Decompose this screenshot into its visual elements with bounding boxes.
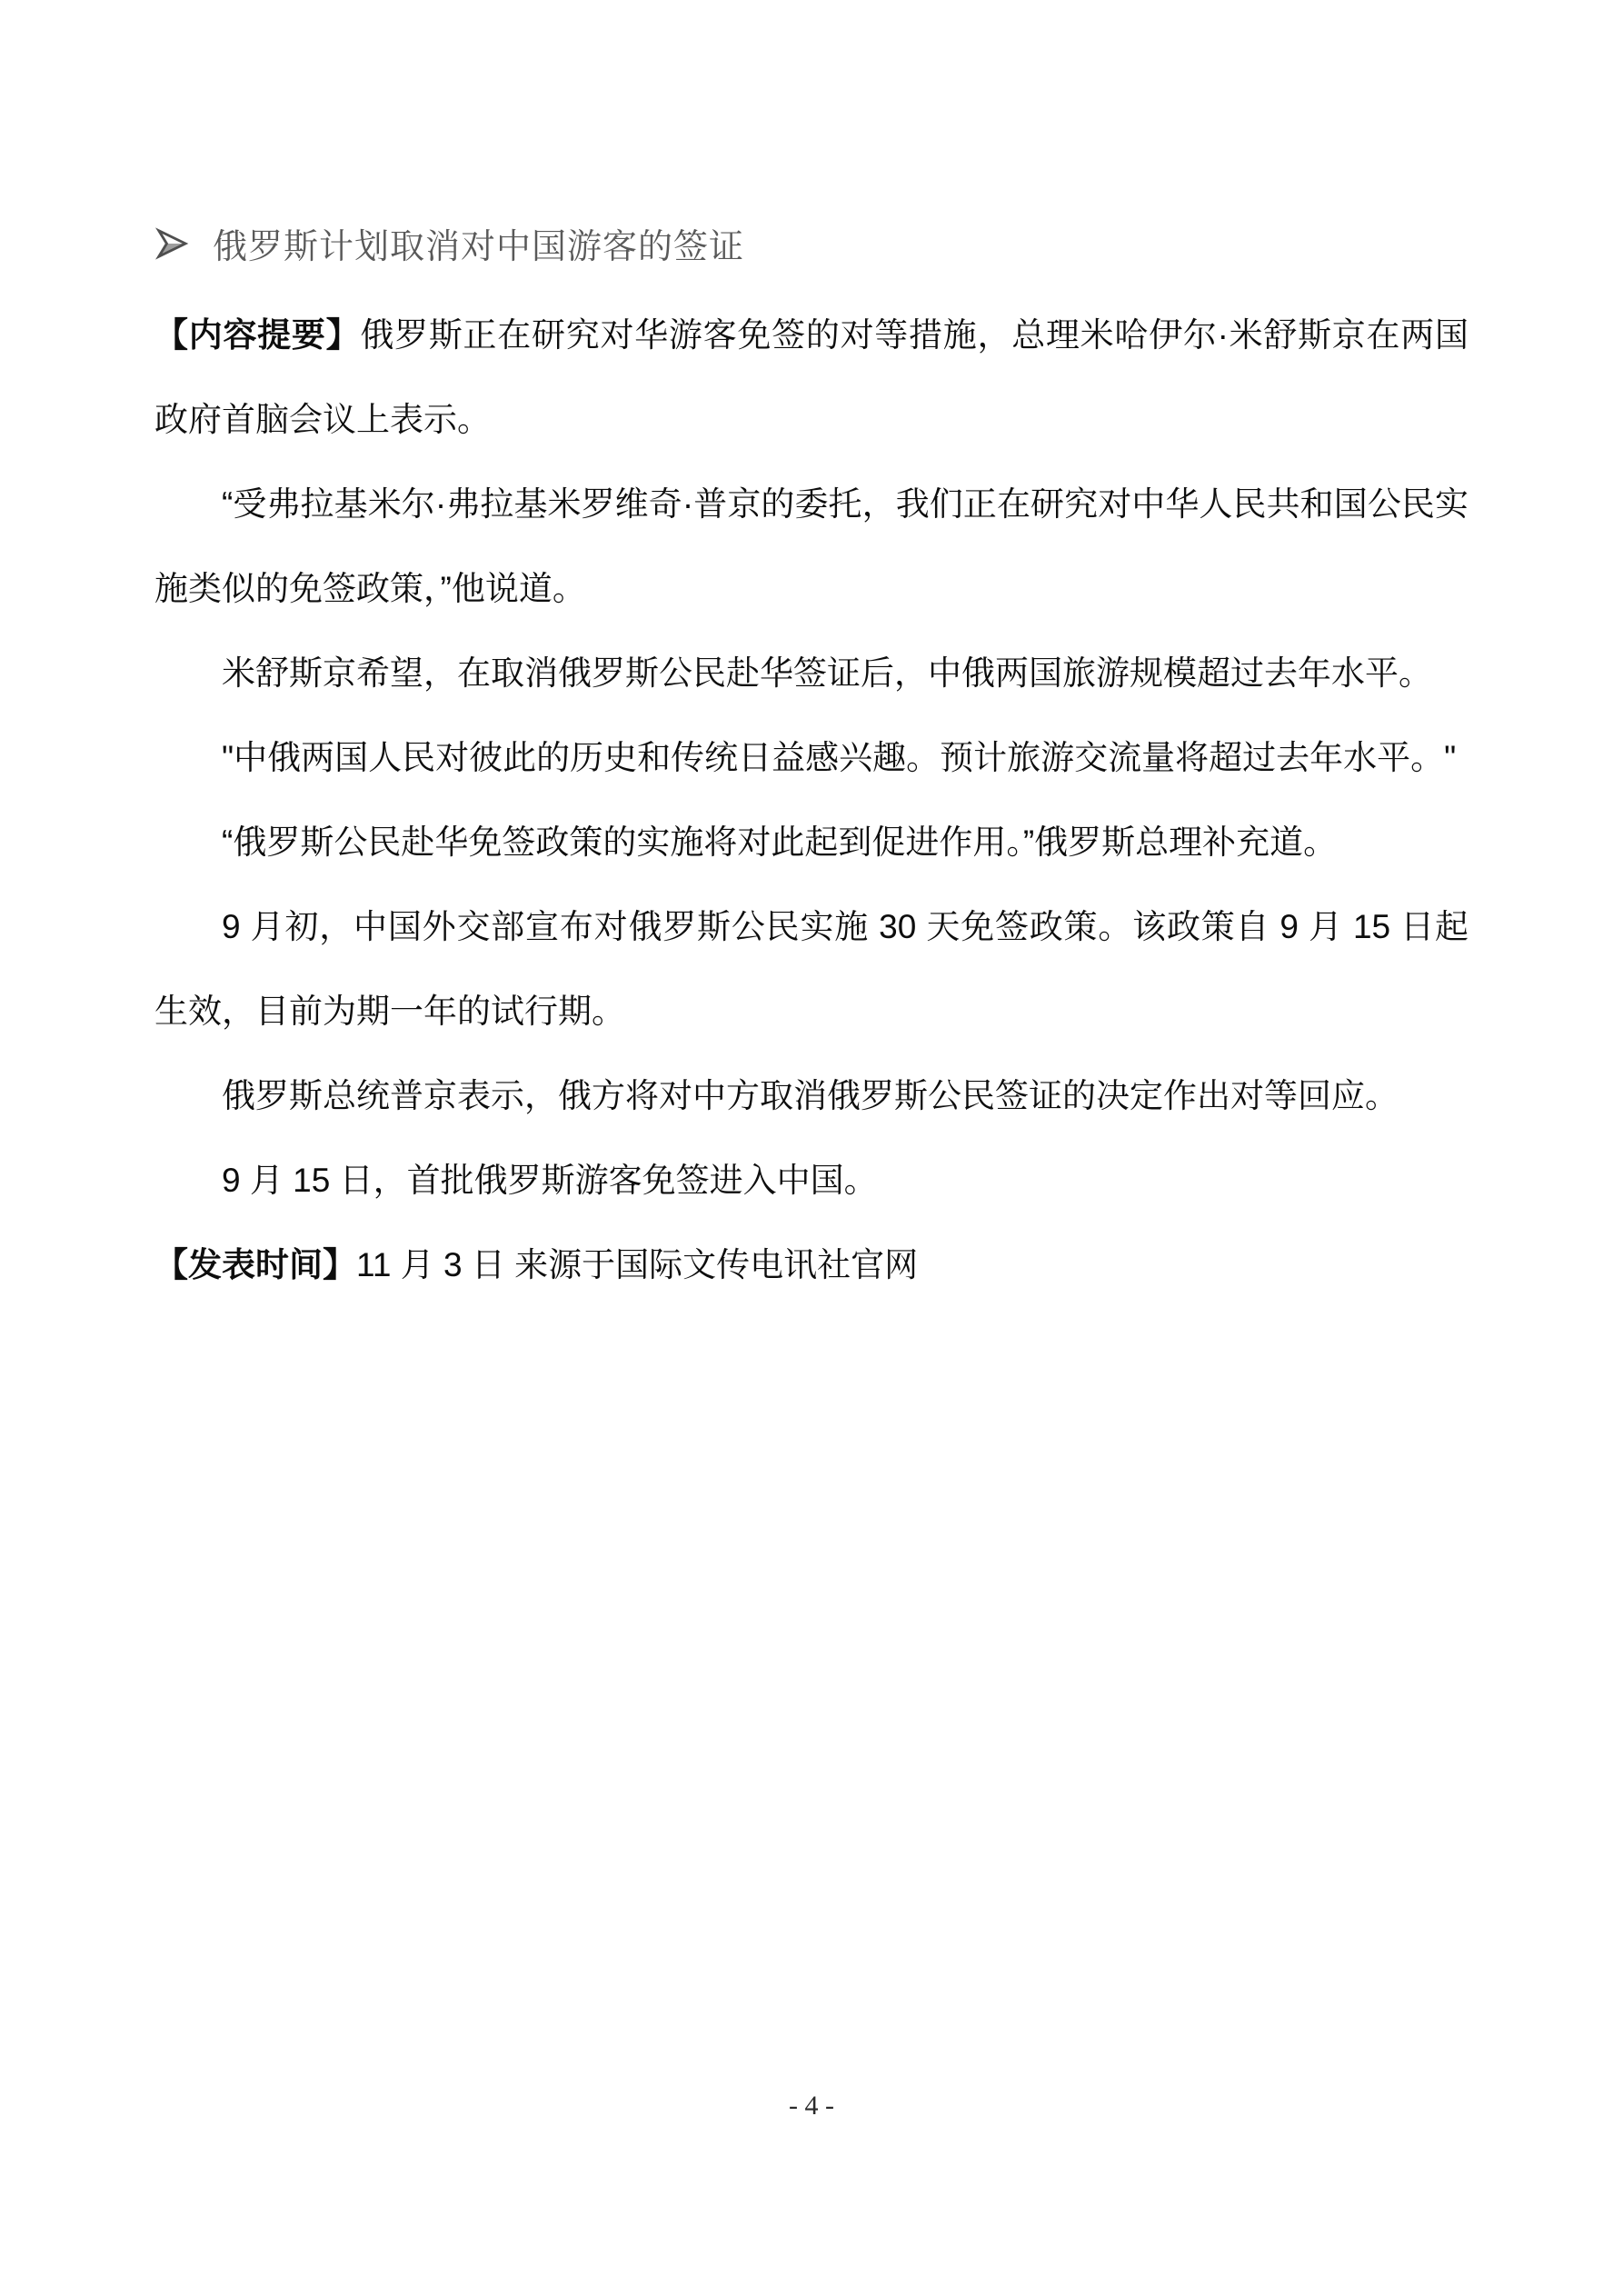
document-page: 俄罗斯计划取消对中国游客的签证 【内容提要】俄罗斯正在研究对华游客免签的对等措施…	[0, 0, 1623, 2296]
paragraph: 9 月 15 日，首批俄罗斯游客免签进入中国。	[154, 1138, 1469, 1223]
page-number: - 4 -	[0, 2091, 1623, 2121]
section-heading: 俄罗斯计划取消对中国游客的签证	[154, 218, 744, 268]
paragraph-text: “俄罗斯公民赴华免签政策的实施将对此起到促进作用。”俄罗斯总理补充道。	[222, 824, 1337, 861]
paragraph-text: 9 月 15 日，首批俄罗斯游客免签进入中国。	[222, 1162, 878, 1199]
paragraph-text: “受弗拉基米尔·弗拉基米罗维奇·普京的委托，我们正在研究对中华人民共和国公民实施…	[154, 485, 1469, 607]
paragraph: "中俄两国人民对彼此的历史和传统日益感兴趣。预计旅游交流量将超过去年水平。"	[154, 715, 1469, 800]
article-body: 【内容提要】俄罗斯正在研究对华游客免签的对等措施，总理米哈伊尔·米舒斯京在两国政…	[154, 293, 1469, 1307]
paragraph-publish-time: 【发表时间】11 月 3 日 来源于国际文传电讯社官网	[154, 1223, 1469, 1307]
paragraph: 米舒斯京希望，在取消俄罗斯公民赴华签证后，中俄两国旅游规模超过去年水平。	[154, 631, 1469, 715]
paragraph-text: 俄罗斯总统普京表示，俄方将对中方取消俄罗斯公民签证的决定作出对等回应。	[222, 1077, 1399, 1114]
paragraph: 俄罗斯总统普京表示，俄方将对中方取消俄罗斯公民签证的决定作出对等回应。	[154, 1053, 1469, 1138]
paragraph-text: "中俄两国人民对彼此的历史和传统日益感兴趣。预计旅游交流量将超过去年水平。"	[222, 739, 1456, 776]
paragraph-bold-label: 【发表时间】	[154, 1246, 356, 1283]
section-heading-text: 俄罗斯计划取消对中国游客的签证	[213, 218, 744, 268]
paragraph: 9 月初，中国外交部宣布对俄罗斯公民实施 30 天免签政策。该政策自 9 月 1…	[154, 884, 1469, 1053]
paragraph-summary: 【内容提要】俄罗斯正在研究对华游客免签的对等措施，总理米哈伊尔·米舒斯京在两国政…	[154, 293, 1469, 462]
arrowhead-bullet-icon	[154, 226, 189, 261]
paragraph-bold-label: 【内容提要】	[154, 316, 360, 354]
paragraph-text: 米舒斯京希望，在取消俄罗斯公民赴华签证后，中俄两国旅游规模超过去年水平。	[222, 654, 1432, 692]
paragraph-text: 11 月 3 日 来源于国际文传电讯社官网	[356, 1246, 918, 1283]
paragraph: “受弗拉基米尔·弗拉基米罗维奇·普京的委托，我们正在研究对中华人民共和国公民实施…	[154, 462, 1469, 631]
paragraph-text: 9 月初，中国外交部宣布对俄罗斯公民实施 30 天免签政策。该政策自 9 月 1…	[154, 908, 1469, 1030]
paragraph: “俄罗斯公民赴华免签政策的实施将对此起到促进作用。”俄罗斯总理补充道。	[154, 800, 1469, 884]
